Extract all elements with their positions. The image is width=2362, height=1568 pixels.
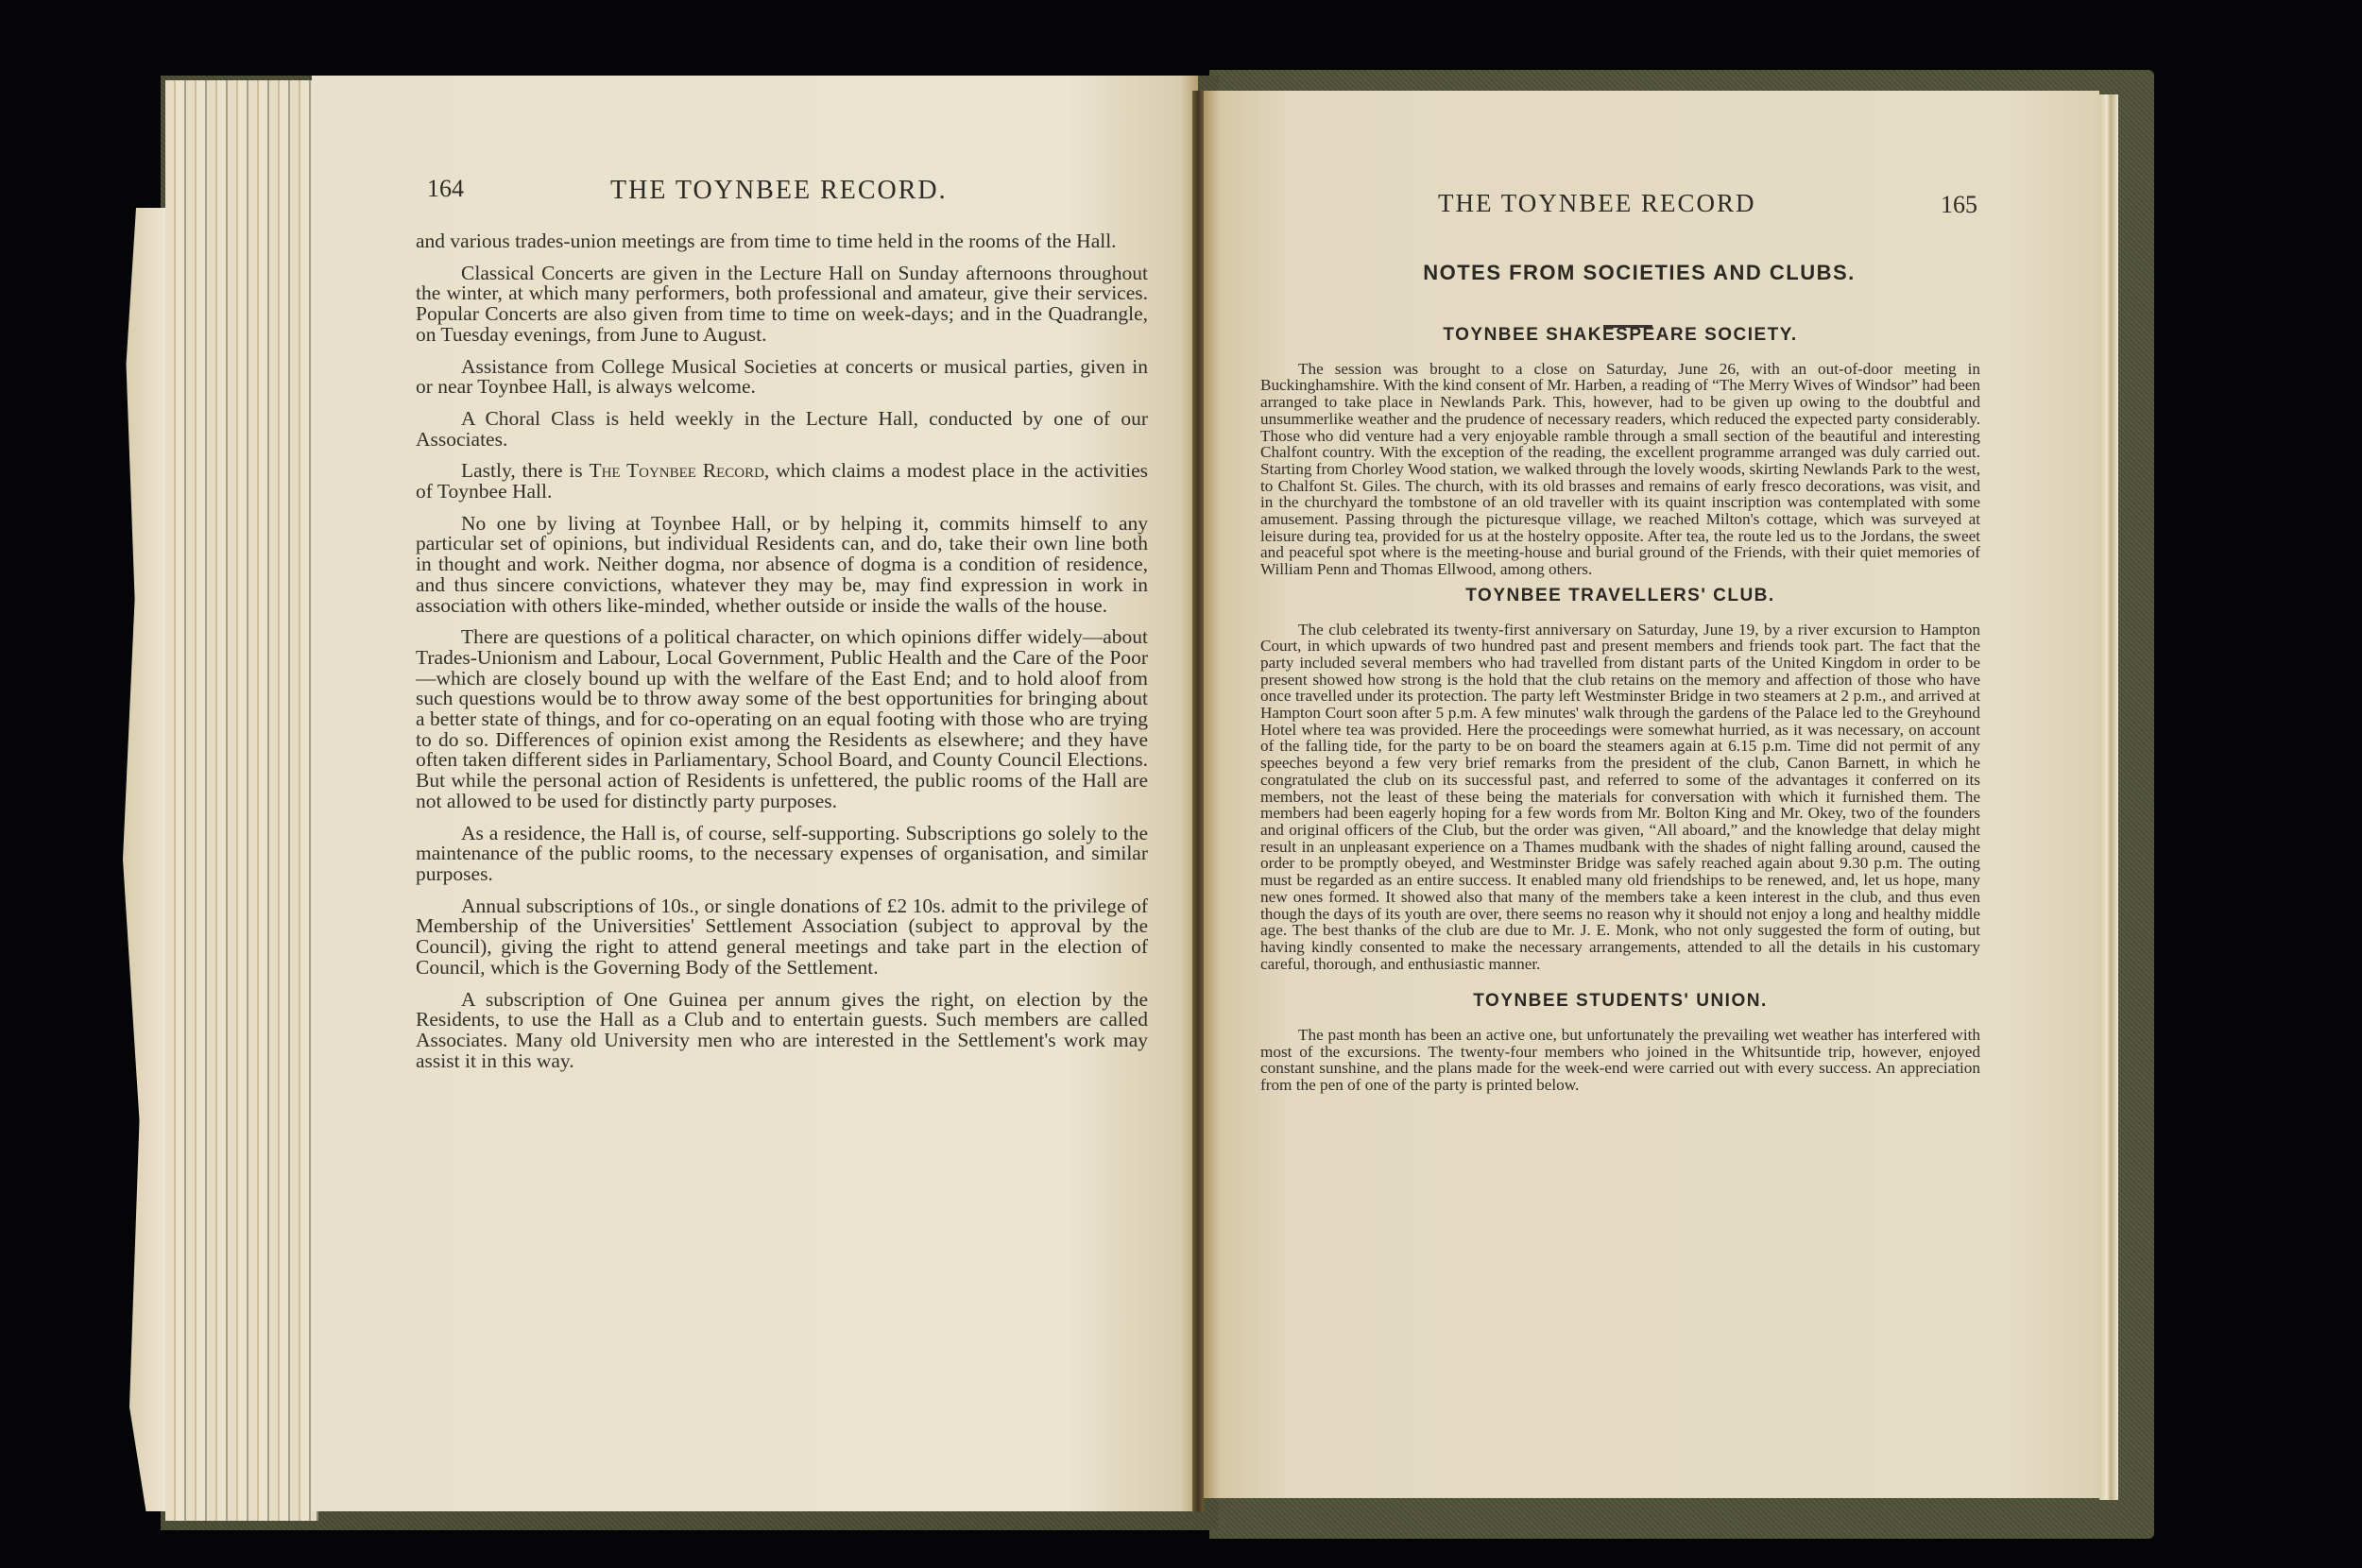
- page-number-right: 165: [1941, 191, 1977, 219]
- section-heading-students: TOYNBEE STUDENTS' UNION.: [1260, 993, 1980, 1010]
- section-heading-shakespeare: TOYNBEE SHAKESPEARE SOCIETY.: [1260, 327, 1980, 344]
- paragraph: No one by living at Toynbee Hall, or by …: [416, 514, 1148, 617]
- paragraph: A subscription of One Guinea per annum g…: [416, 990, 1148, 1072]
- section-body-shakespeare: The session was brought to a close on Sa…: [1260, 361, 1980, 578]
- record-title: The Toynbee Record: [589, 459, 763, 482]
- paragraph: and various trades-union meetings are fr…: [416, 231, 1148, 252]
- paragraph: Assistance from College Musical Societie…: [416, 357, 1148, 398]
- book-gutter: [1192, 91, 1204, 1512]
- section-heading-travellers: TOYNBEE TRAVELLERS' CLUB.: [1260, 588, 1980, 605]
- paragraph: Classical Concerts are given in the Lect…: [416, 264, 1148, 346]
- paragraph: Annual subscriptions of 10s., or single …: [416, 896, 1148, 979]
- section-body-travellers: The club celebrated its twenty-first ann…: [1260, 622, 1980, 973]
- paragraph: There are questions of a political chara…: [416, 627, 1148, 811]
- page-number-left: 164: [427, 175, 464, 203]
- running-head-right: THE TOYNBEE RECORD: [1438, 189, 1756, 218]
- right-page-body: TOYNBEE SHAKESPEARE SOCIETY. The session…: [1260, 314, 1980, 1094]
- paragraph: A Choral Class is held weekly in the Lec…: [416, 409, 1148, 450]
- paragraph-record: Lastly, there is The Toynbee Record, whi…: [416, 461, 1148, 502]
- section-body-students: The past month has been an active one, b…: [1260, 1027, 1980, 1094]
- page-edge-stack: [165, 80, 318, 1521]
- right-page-edge: [2099, 94, 2118, 1500]
- left-page-body: and various trades-union meetings are fr…: [416, 231, 1148, 1082]
- main-heading: NOTES FROM SOCIETIES AND CLUBS.: [1257, 261, 2022, 285]
- running-head-left: THE TOYNBEE RECORD.: [610, 176, 948, 206]
- paragraph: As a residence, the Hall is, of course, …: [416, 824, 1148, 885]
